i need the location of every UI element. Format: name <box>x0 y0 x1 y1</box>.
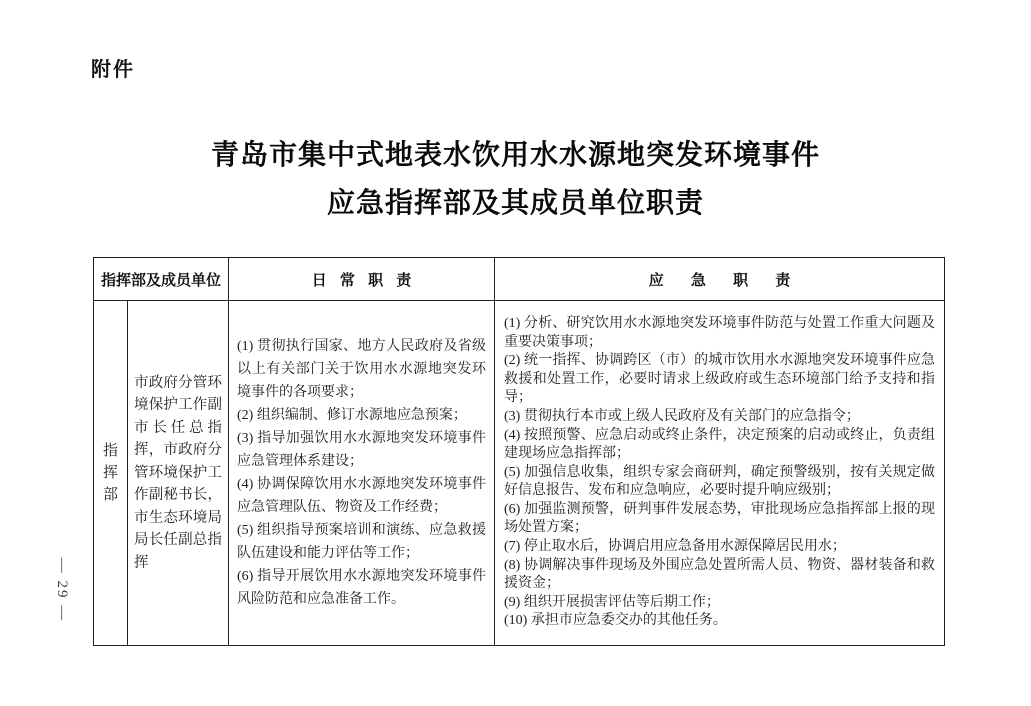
table-row: 指挥部 市政府分管环境保护工作副市长任总指挥，市政府分管环境保护工作副秘书长，市… <box>94 301 945 646</box>
duty-item: (10) 承担市应急委交办的其他任务。 <box>504 612 935 631</box>
document-title-line1: 青岛市集中式地表水饮用水水源地突发环境事件 <box>0 133 1031 173</box>
group-name-cell: 指挥部 <box>94 301 128 646</box>
header-daily-duties: 日 常 职 责 <box>229 258 495 301</box>
duty-item: (5) 组织指导预案培训和演练、应急救援队伍建设和能力评估等工作； <box>237 519 486 565</box>
table-header-row: 指挥部及成员单位 日 常 职 责 应 急 职 责 <box>94 258 945 301</box>
document-title-line2: 应急指挥部及其成员单位职责 <box>0 181 1031 221</box>
duty-item: (4) 按照预警、应急启动或终止条件，决定预案的启动或终止，负责组建现场应急指挥… <box>504 427 935 464</box>
duty-item: (2) 统一指挥、协调跨区（市）的城市饮用水水源地突发环境事件应急救援和处置工作… <box>504 352 935 408</box>
duty-item: (3) 指导加强饮用水水源地突发环境事件应急管理体系建设； <box>237 427 486 473</box>
duty-item: (6) 指导开展饮用水水源地突发环境事件风险防范和应急准备工作。 <box>237 565 486 611</box>
duty-item: (7) 停止取水后，协调启用应急备用水源保障居民用水； <box>504 538 935 557</box>
duty-item: (3) 贯彻执行本市或上级人民政府及有关部门的应急指令； <box>504 408 935 427</box>
header-unit: 指挥部及成员单位 <box>94 258 229 301</box>
attachment-label: 附件 <box>91 53 135 82</box>
daily-duties-list: (1) 贯彻执行国家、地方人民政府及省级以上有关部门关于饮用水水源地突发环境事件… <box>229 335 494 611</box>
duty-table: 指挥部及成员单位 日 常 职 责 应 急 职 责 指挥部 市政府分管环境保护工作… <box>93 257 945 646</box>
duty-item: (9) 组织开展损害评估等后期工作； <box>504 594 935 613</box>
members-text: 市政府分管环境保护工作副市长任总指挥，市政府分管环境保护工作副秘书长，市生态环境… <box>128 372 228 575</box>
emergency-duties-cell: (1) 分析、研究饮用水水源地突发环境事件防范与处置工作重大问题及重要决策事项；… <box>495 301 945 646</box>
emergency-duties-list: (1) 分析、研究饮用水水源地突发环境事件防范与处置工作重大问题及重要决策事项；… <box>495 315 944 631</box>
duty-item: (6) 加强监测预警，研判事件发展态势，审批现场应急指挥部上报的现场处置方案； <box>504 501 935 538</box>
duty-item: (5) 加强信息收集，组织专家会商研判，确定预警级别，按有关规定做好信息报告、发… <box>504 464 935 501</box>
group-name: 指挥部 <box>103 440 118 506</box>
daily-duties-cell: (1) 贯彻执行国家、地方人民政府及省级以上有关部门关于饮用水水源地突发环境事件… <box>229 301 495 646</box>
duty-item: (4) 协调保障饮用水水源地突发环境事件应急管理队伍、物资及工作经费； <box>237 473 486 519</box>
duty-item: (1) 贯彻执行国家、地方人民政府及省级以上有关部门关于饮用水水源地突发环境事件… <box>237 335 486 404</box>
header-emergency-duties: 应 急 职 责 <box>495 258 945 301</box>
page-number: — 29 — <box>50 540 70 640</box>
document-page: 附件 青岛市集中式地表水饮用水水源地突发环境事件 应急指挥部及其成员单位职责 —… <box>0 0 1031 706</box>
members-cell: 市政府分管环境保护工作副市长任总指挥，市政府分管环境保护工作副秘书长，市生态环境… <box>128 301 229 646</box>
duty-item: (1) 分析、研究饮用水水源地突发环境事件防范与处置工作重大问题及重要决策事项； <box>504 315 935 352</box>
duty-item: (8) 协调解决事件现场及外围应急处置所需人员、物资、器材装备和救援资金； <box>504 557 935 594</box>
duty-item: (2) 组织编制、修订水源地应急预案； <box>237 404 486 427</box>
